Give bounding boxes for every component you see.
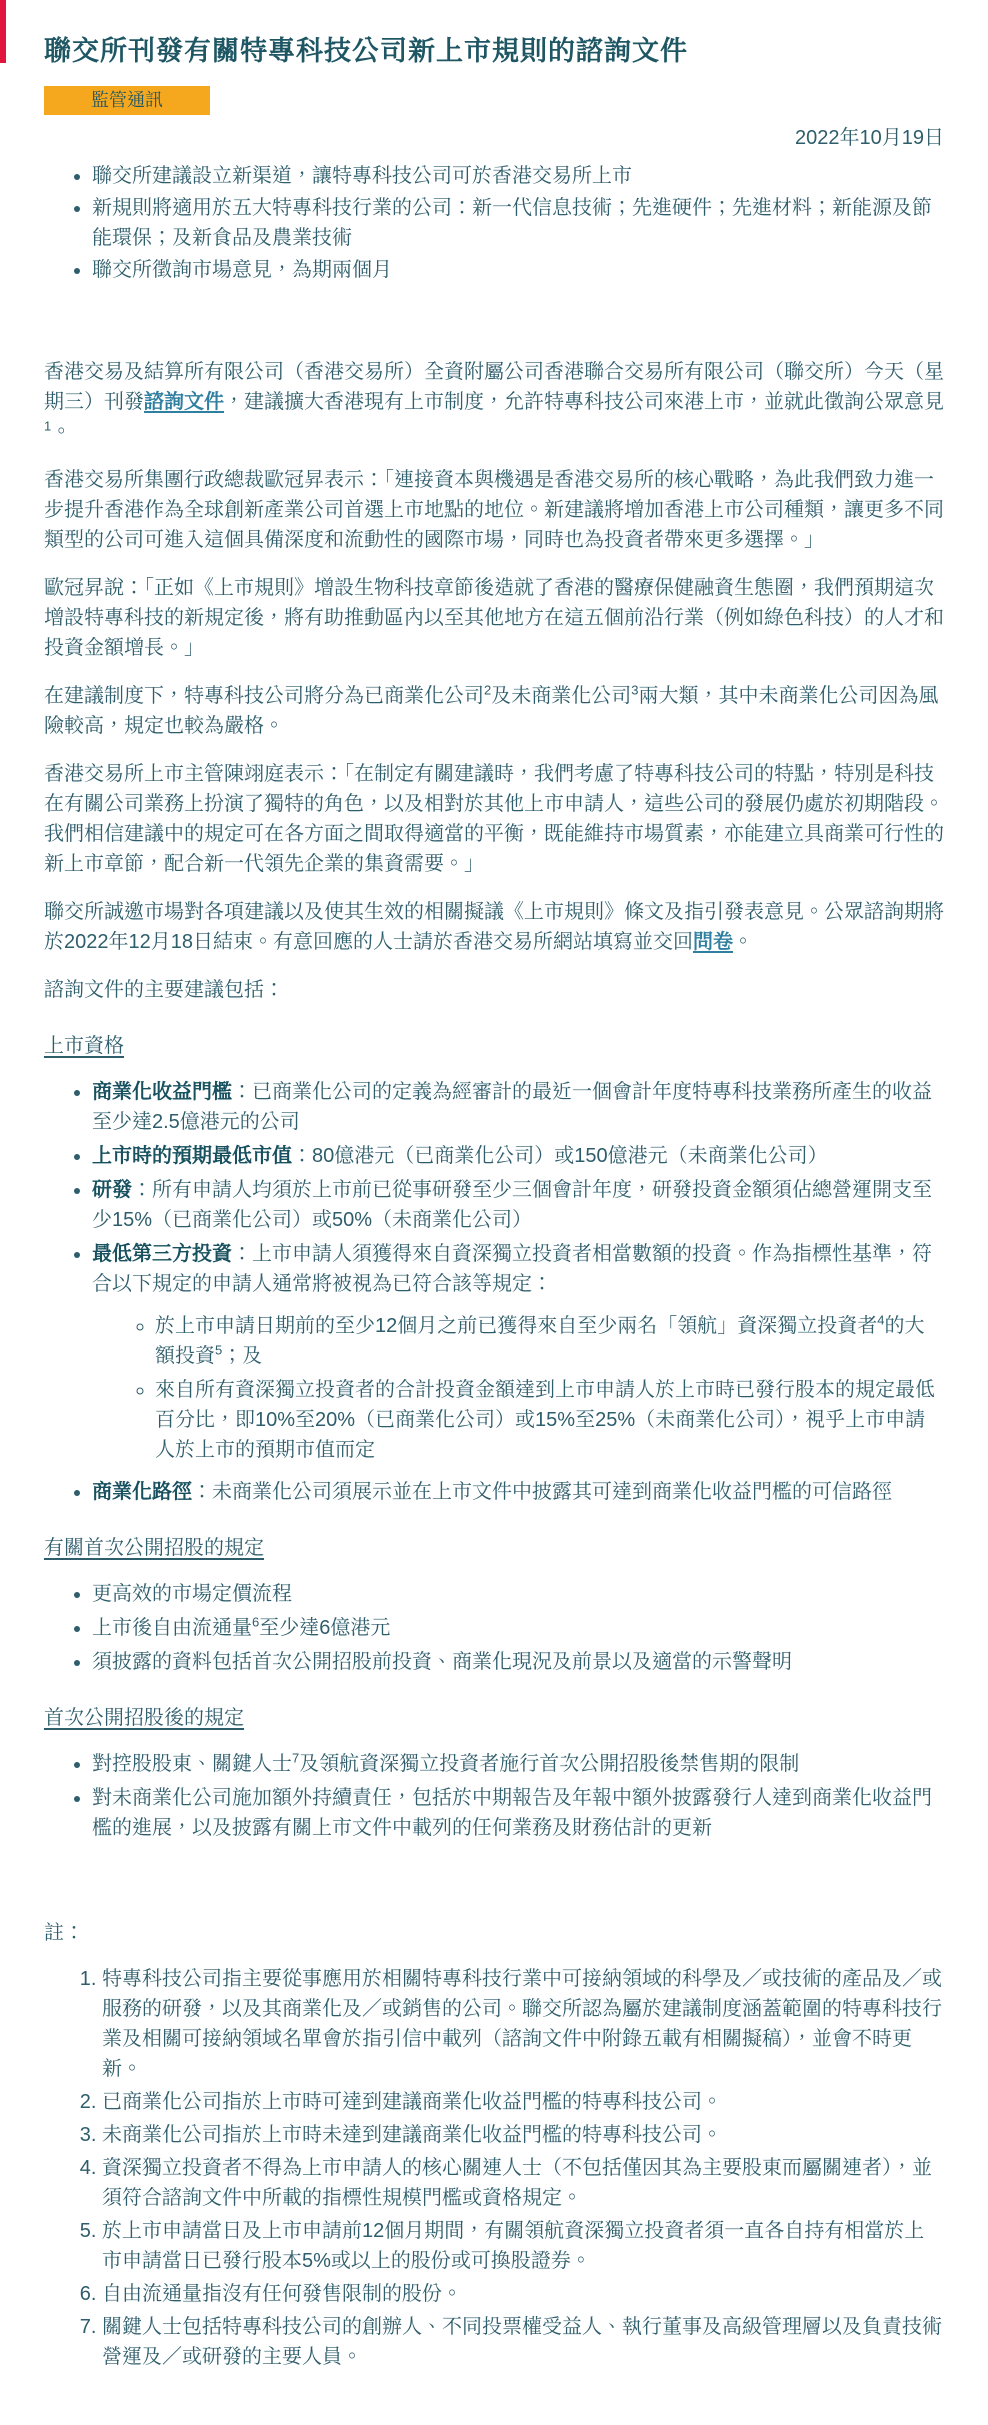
text-run: 香港交易所集團行政總裁歐冠昇表示：「連接資本與機遇是香港交易所的核心戰略，為此我… (44, 469, 944, 551)
eligibility-bullet: 研發：所有申請人均須於上市前已從事研發至少三個會計年度，研發投資金額須佔總營運開… (92, 1175, 944, 1235)
text-run: ；及 (222, 1345, 262, 1367)
summary-bullet-list: 聯交所建議設立新渠道，讓特專科技公司可於香港交易所上市新規則將適用於五大特專科技… (44, 161, 944, 285)
summary-bullet: 聯交所建議設立新渠道，讓特專科技公司可於香港交易所上市 (92, 161, 944, 191)
paragraph-listing-head-quote: 香港交易所上市主管陳翊庭表示：「在制定有關建議時，我們考慮了特專科技公司的特點，… (44, 759, 944, 879)
text-run: ：所有申請人均須於上市前已從事研發至少三個會計年度，研發投資金額須佔總營運開支至… (92, 1179, 932, 1231)
footnote-item: 未商業化公司指於上市時未達到建議商業化收益門檻的特專科技公司。 (102, 2120, 944, 2150)
term-label: 商業化收益門檻 (92, 1081, 232, 1103)
eligibility-bullet: 最低第三方投資：上市申請人須獲得來自資深獨立投資者相當數額的投資。作為指標性基準… (92, 1239, 944, 1465)
text-run: 聯交所徵詢市場意見，為期兩個月 (92, 259, 392, 281)
sub-bullet-list: 於上市申請日期前的至少12個月之前已獲得來自至少兩名「領航」資深獨立投資者4的大… (92, 1311, 944, 1465)
text-run: 特專科技公司指主要從事應用於相關特專科技行業中可接納領域的科學及／或技術的產品及… (102, 1968, 942, 2080)
text-run: 新規則將適用於五大特專科技行業的公司：新一代信息技術；先進硬件；先進材料；新能源… (92, 197, 932, 249)
text-run: 來自所有資深獨立投資者的合計投資金額達到上市申請人於上市時已發行股本的規定最低百… (155, 1379, 935, 1461)
text-run: 及未商業化公司 (491, 685, 631, 707)
footnote-item: 已商業化公司指於上市時可達到建議商業化收益門檻的特專科技公司。 (102, 2087, 944, 2117)
sub-list-item: 於上市申請日期前的至少12個月之前已獲得來自至少兩名「領航」資深獨立投資者4的大… (155, 1311, 944, 1371)
text-run: 自由流通量指沒有任何發售限制的股份。 (102, 2283, 462, 2305)
footnote-item: 於上市申請當日及上市申請前12個月期間，有關領航資深獨立投資者須一直各自持有相當… (102, 2216, 944, 2276)
article-page: 聯交所刊發有關特專科技公司新上市規則的諮詢文件 監管通訊 2022年10月19日… (0, 0, 988, 2425)
footnote-item: 資深獨立投資者不得為上市申請人的核心關連人士（不包括僅因其為主要股東而屬關連者）… (102, 2153, 944, 2213)
text-run: 在建議制度下，特專科技公司將分為已商業化公司 (44, 685, 484, 707)
paragraph-consultation-invite: 聯交所誠邀市場對各項建議以及使其生效的相關擬議《上市規則》條文及指引發表意見。公… (44, 897, 944, 957)
category-badge: 監管通訊 (44, 86, 210, 115)
inline-link[interactable]: 諮詢文件 (144, 391, 224, 413)
post-ipo-bullet: 對未商業化公司施加額外持續責任，包括於中期報告及年報中額外披露發行人達到商業化收… (92, 1783, 944, 1843)
paragraph-ceo-quote-2: 歐冠昇說：「正如《上市規則》增設生物科技章節後造就了香港的醫療保健融資生態圈，我… (44, 573, 944, 663)
brand-red-bar (0, 0, 6, 63)
text-run: ：80億港元（已商業化公司）或150億港元（未商業化公司） (292, 1145, 828, 1167)
footnote-list: 特專科技公司指主要從事應用於相關特專科技行業中可接納領域的科學及／或技術的產品及… (44, 1964, 944, 2372)
term-label: 最低第三方投資 (92, 1243, 232, 1265)
paragraph-regime-categories: 在建議制度下，特專科技公司將分為已商業化公司2及未商業化公司3兩大類，其中未商業… (44, 681, 944, 741)
listing-eligibility-list: 商業化收益門檻：已商業化公司的定義為經審計的最近一個會計年度特專科技業務所產生的… (44, 1077, 944, 1507)
paragraph-intro: 香港交易及結算所有限公司（香港交易所）全資附屬公司香港聯合交易所有限公司（聯交所… (44, 357, 944, 447)
text-run: ：未商業化公司須展示並在上市文件中披露其可達到商業化收益門檻的可信路徑 (192, 1481, 892, 1503)
ipo-requirement-bullet: 須披露的資料包括首次公開招股前投資、商業化現況及前景以及適當的示警聲明 (92, 1647, 944, 1677)
section-heading-ipo-requirements: 有關首次公開招股的規定 (44, 1533, 944, 1563)
summary-bullet: 新規則將適用於五大特專科技行業的公司：新一代信息技術；先進硬件；先進材料；新能源… (92, 193, 944, 253)
text-run: 對控股股東、關鍵人士 (92, 1753, 292, 1775)
eligibility-bullet: 商業化收益門檻：已商業化公司的定義為經審計的最近一個會計年度特專科技業務所產生的… (92, 1077, 944, 1137)
term-label: 上市時的預期最低市值 (92, 1145, 292, 1167)
paragraph-ceo-quote-1: 香港交易所集團行政總裁歐冠昇表示：「連接資本與機遇是香港交易所的核心戰略，為此我… (44, 465, 944, 555)
page-title: 聯交所刊發有關特專科技公司新上市規則的諮詢文件 (44, 34, 944, 68)
badge-row: 監管通訊 (44, 84, 944, 119)
text-run: 諮詢文件的主要建議包括： (44, 979, 284, 1001)
text-run: 至少達6億港元 (259, 1617, 390, 1639)
text-run: 於上市申請當日及上市申請前12個月期間，有關領航資深獨立投資者須一直各自持有相當… (102, 2220, 924, 2272)
text-run: 。 (733, 931, 753, 953)
section-heading-listing-eligibility: 上市資格 (44, 1031, 944, 1061)
section-heading-post-ipo-requirements: 首次公開招股後的規定 (44, 1703, 944, 1733)
text-run: 聯交所建議設立新渠道，讓特專科技公司可於香港交易所上市 (92, 165, 632, 187)
text-run: 須披露的資料包括首次公開招股前投資、商業化現況及前景以及適當的示警聲明 (92, 1651, 792, 1673)
text-run: 。 (51, 421, 71, 443)
footnote-item: 關鍵人士包括特專科技公司的創辦人、不同投票權受益人、執行董事及高級管理層以及負責… (102, 2312, 944, 2372)
ipo-requirement-bullet: 更高效的市場定價流程 (92, 1579, 944, 1609)
term-label: 研發 (92, 1179, 132, 1201)
eligibility-bullet: 上市時的預期最低市值：80億港元（已商業化公司）或150億港元（未商業化公司） (92, 1141, 944, 1171)
text-run: 關鍵人士包括特專科技公司的創辦人、不同投票權受益人、執行董事及高級管理層以及負責… (102, 2316, 942, 2368)
text-run: 資深獨立投資者不得為上市申請人的核心關連人士（不包括僅因其為主要股東而屬關連者）… (102, 2157, 932, 2209)
text-run: 聯交所誠邀市場對各項建議以及使其生效的相關擬議《上市規則》條文及指引發表意見。公… (44, 901, 944, 953)
post-ipo-requirements-list: 對控股股東、關鍵人士7及領航資深獨立投資者施行首次公開招股後禁售期的限制對未商業… (44, 1749, 944, 1843)
publish-date: 2022年10月19日 (44, 123, 944, 153)
footnote-item: 特專科技公司指主要從事應用於相關特專科技行業中可接納領域的科學及／或技術的產品及… (102, 1964, 944, 2084)
text-run: 對未商業化公司施加額外持續責任，包括於中期報告及年報中額外披露發行人達到商業化收… (92, 1787, 932, 1839)
text-run: 已商業化公司指於上市時可達到建議商業化收益門檻的特專科技公司。 (102, 2091, 722, 2113)
post-ipo-bullet: 對控股股東、關鍵人士7及領航資深獨立投資者施行首次公開招股後禁售期的限制 (92, 1749, 944, 1779)
text-run: 未商業化公司指於上市時未達到建議商業化收益門檻的特專科技公司。 (102, 2124, 722, 2146)
inline-link[interactable]: 問卷 (693, 931, 733, 953)
paragraph-proposals-lead-in: 諮詢文件的主要建議包括： (44, 975, 944, 1005)
sub-list-item: 來自所有資深獨立投資者的合計投資金額達到上市申請人於上市時已發行股本的規定最低百… (155, 1375, 944, 1465)
summary-bullet: 聯交所徵詢市場意見，為期兩個月 (92, 255, 944, 285)
ipo-requirements-list: 更高效的市場定價流程上市後自由流通量6至少達6億港元須披露的資料包括首次公開招股… (44, 1579, 944, 1677)
notes-label: 註： (44, 1918, 944, 1948)
text-run: 及領航資深獨立投資者施行首次公開招股後禁售期的限制 (299, 1753, 799, 1775)
footnote-item: 自由流通量指沒有任何發售限制的股份。 (102, 2279, 944, 2309)
term-label: 商業化路徑 (92, 1481, 192, 1503)
text-run: 上市後自由流通量 (92, 1617, 252, 1639)
text-run: 歐冠昇說：「正如《上市規則》增設生物科技章節後造就了香港的醫療保健融資生態圈，我… (44, 577, 944, 659)
text-run: 更高效的市場定價流程 (92, 1583, 292, 1605)
text-run: 於上市申請日期前的至少12個月之前已獲得來自至少兩名「領航」資深獨立投資者 (155, 1315, 877, 1337)
text-run: 香港交易所上市主管陳翊庭表示：「在制定有關建議時，我們考慮了特專科技公司的特點，… (44, 763, 944, 875)
text-run: ，建議擴大香港現有上市制度，允許特專科技公司來港上市，並就此徵詢公眾意見 (224, 391, 944, 413)
ipo-requirement-bullet: 上市後自由流通量6至少達6億港元 (92, 1613, 944, 1643)
eligibility-bullet: 商業化路徑：未商業化公司須展示並在上市文件中披露其可達到商業化收益門檻的可信路徑 (92, 1477, 944, 1507)
